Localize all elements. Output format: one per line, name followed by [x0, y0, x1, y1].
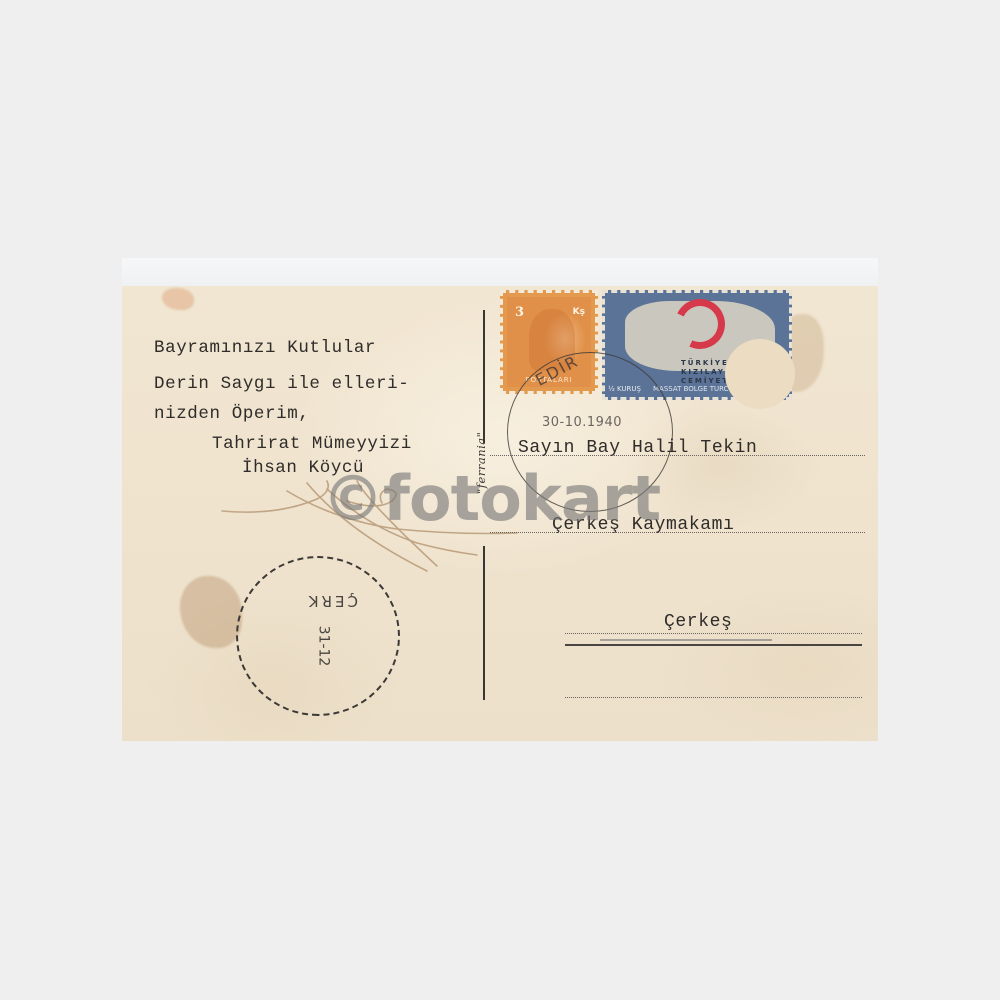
center-divider	[483, 546, 485, 700]
postmark-destination: 31-12 ÇERK	[236, 556, 400, 716]
city-underline	[600, 639, 772, 641]
stamp-text: TÜRKİYE	[681, 359, 729, 367]
address-line	[565, 697, 862, 698]
postmark-date: 30-10.1940	[542, 415, 622, 430]
postmark-city: ÇERK	[306, 592, 358, 610]
stamp-caption: MASSAT BOLGE TURC	[653, 385, 729, 393]
message-line: nizden Öperim,	[154, 404, 309, 424]
scan-background-strip	[122, 258, 878, 288]
message-line: Bayramınızı Kutlular	[154, 338, 376, 358]
stain	[180, 576, 242, 648]
stamp-currency: Kş	[573, 307, 585, 317]
stamp-value: 3	[515, 305, 524, 320]
center-divider	[483, 310, 485, 443]
torn-corner	[725, 339, 795, 409]
postmark-date: 31-12	[316, 626, 332, 667]
stain	[162, 288, 194, 310]
recipient-city: Çerkeş	[664, 612, 732, 632]
address-line	[490, 455, 865, 456]
sender-title: Tahrirat Mümeyyizi	[212, 434, 412, 454]
stamp-text: KIZILAY	[681, 368, 725, 376]
message-line: Derin Saygı ile elleri-	[154, 374, 409, 394]
watermark: ©fotokart	[322, 462, 660, 535]
address-solid-line	[565, 644, 862, 646]
address-line	[565, 633, 862, 634]
